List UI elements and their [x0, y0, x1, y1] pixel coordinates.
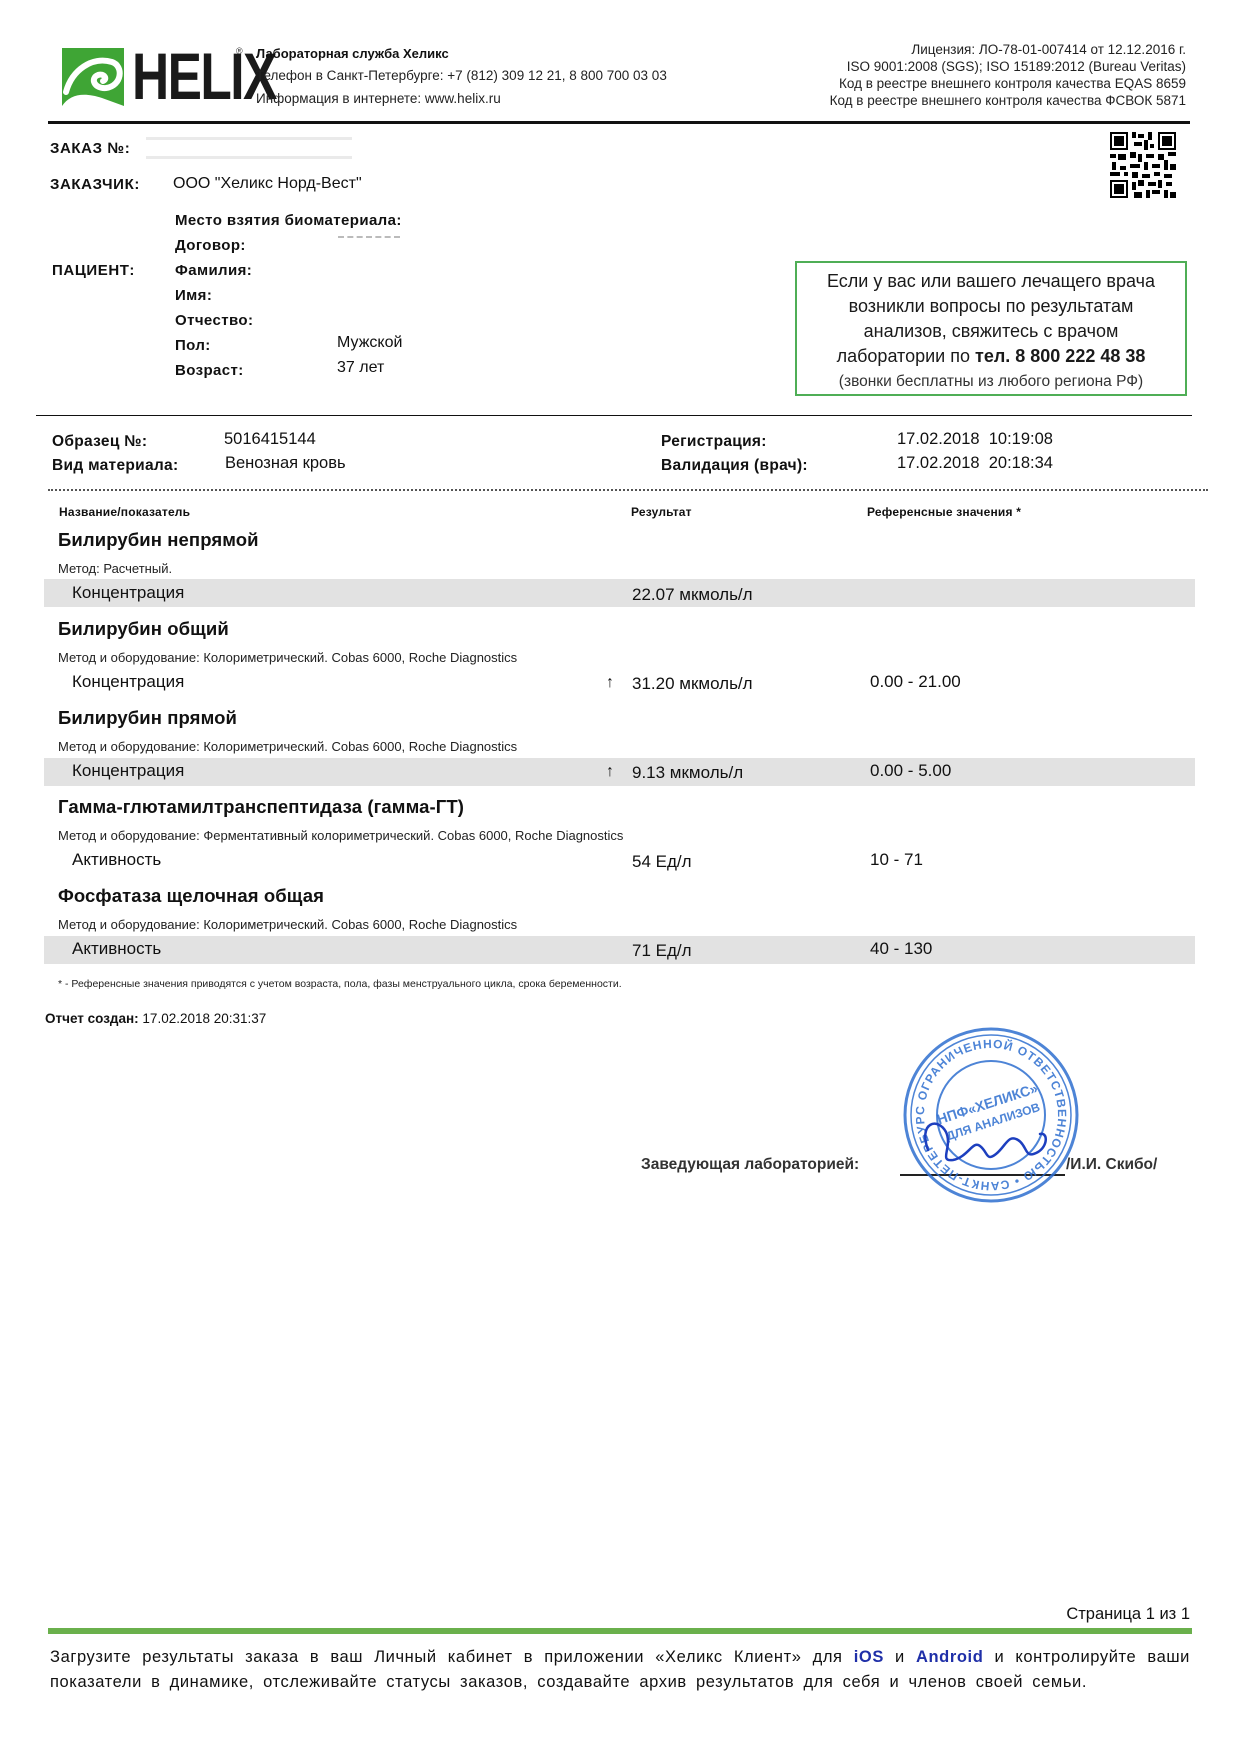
registration-value: 17.02.2018 10:19:08: [897, 430, 1053, 449]
column-header-name: Название/показатель: [59, 505, 190, 519]
test-name: Гамма-глютамилтранспептидаза (гамма-ГТ): [58, 796, 464, 818]
iso-line: ISO 9001:2008 (SGS); ISO 15189:2012 (Bur…: [847, 59, 1186, 74]
test-name: Фосфатаза щелочная общая: [58, 885, 324, 907]
test-method: Метод и оборудование: Колориметрический.…: [58, 650, 517, 665]
callout-line-1: Если у вас или вашего лечащего врача: [797, 269, 1185, 294]
callout-line-3: анализов, свяжитесь с врачом: [797, 319, 1185, 344]
test-name: Билирубин непрямой: [58, 529, 259, 551]
field-label-age: Возраст:: [175, 362, 244, 379]
test-result: 54 Ед/л: [632, 852, 692, 872]
page-number: Страница 1 из 1: [1066, 1605, 1190, 1624]
lab-name: Лабораторная служба Хеликс: [256, 46, 449, 61]
registration-label: Регистрация:: [661, 433, 767, 451]
order-number-redacted-2: [146, 156, 352, 159]
eqas-line: Код в реестре внешнего контроля качества…: [839, 76, 1186, 91]
logo-wordmark: HELIX: [132, 40, 276, 112]
callout-line-2: возникли вопросы по результатам: [797, 294, 1185, 319]
report-created-value: 17.02.2018 20:31:37: [142, 1011, 266, 1026]
high-flag-arrow-icon: ↑: [606, 763, 614, 781]
app-promo-text: Загрузите результаты заказа в ваш Личный…: [50, 1645, 1190, 1695]
field-label-sex: Пол:: [175, 337, 211, 354]
callout-phone[interactable]: тел. 8 800 222 48 38: [975, 346, 1145, 366]
fsvok-line: Код в реестре внешнего контроля качества…: [830, 93, 1186, 108]
registered-mark: ®: [236, 46, 243, 56]
order-number-redacted: [146, 137, 352, 140]
test-result: 22.07 мкмоль/л: [632, 585, 753, 605]
test-reference-range: 0.00 - 21.00: [870, 672, 961, 692]
field-label-surname: Фамилия:: [175, 262, 252, 279]
field-label-collection-site: Место взятия биоматериала:: [175, 212, 402, 229]
contract-value-redacted: [338, 236, 400, 241]
test-parameter: Концентрация: [72, 761, 184, 781]
test-result: 31.20 мкмоль/л: [632, 674, 753, 694]
validation-label: Валидация (врач):: [661, 457, 808, 475]
signature-label: Заведующая лабораторией:: [641, 1156, 859, 1174]
material-value: Венозная кровь: [225, 454, 346, 473]
helix-logo-icon: [62, 48, 124, 106]
test-method: Метод и оборудование: Колориметрический.…: [58, 917, 517, 932]
lab-website[interactable]: Информация в интернете: www.helix.ru: [256, 91, 501, 106]
result-row-shade: [44, 936, 1195, 964]
field-value-sex: Мужской: [337, 334, 402, 352]
field-label-name: Имя:: [175, 287, 212, 304]
ios-link[interactable]: iOS: [854, 1648, 884, 1666]
column-header-reference: Референсные значения *: [867, 505, 1021, 519]
high-flag-arrow-icon: ↑: [606, 674, 614, 692]
footer-green-bar: [48, 1628, 1192, 1634]
android-link[interactable]: Android: [916, 1648, 983, 1666]
material-label: Вид материала:: [52, 457, 178, 475]
order-label: ЗАКАЗ №:: [50, 140, 130, 157]
header-divider: [48, 121, 1190, 124]
doctor-contact-callout: Если у вас или вашего лечащего врача воз…: [795, 261, 1187, 396]
test-method: Метод и оборудование: Колориметрический.…: [58, 739, 517, 754]
test-name: Билирубин прямой: [58, 707, 237, 729]
field-label-patronymic: Отчество:: [175, 312, 253, 329]
test-parameter: Концентрация: [72, 672, 184, 692]
dotted-divider: [48, 489, 1208, 491]
qr-code-icon: [1110, 132, 1176, 198]
test-name: Билирубин общий: [58, 618, 229, 640]
test-parameter: Активность: [72, 850, 161, 870]
test-result: 71 Ед/л: [632, 941, 692, 961]
test-reference-range: 10 - 71: [870, 850, 923, 870]
customer-label: ЗАКАЗЧИК:: [50, 176, 140, 193]
section-divider: [36, 415, 1192, 416]
patient-label: ПАЦИЕНТ:: [52, 262, 135, 279]
column-header-result: Результат: [631, 505, 692, 519]
lab-stamp-icon: С ОГРАНИЧЕННОЙ ОТВЕТСТВЕННОСТЬЮ • САНКТ-…: [898, 1022, 1084, 1208]
test-reference-range: 0.00 - 5.00: [870, 761, 951, 781]
test-method: Метод и оборудование: Ферментативный кол…: [58, 828, 623, 843]
reference-footnote: * - Референсные значения приводятся с уч…: [58, 978, 622, 990]
customer-value: ООО "Хеликс Норд-Вест": [173, 175, 362, 193]
report-created-label: Отчет создан:: [45, 1011, 139, 1026]
license-line: Лицензия: ЛО-78-01-007414 от 12.12.2016 …: [911, 42, 1186, 57]
result-row-shade: [44, 758, 1195, 786]
report-created: Отчет создан: 17.02.2018 20:31:37: [45, 1011, 266, 1026]
test-parameter: Концентрация: [72, 583, 184, 603]
callout-note: (звонки бесплатны из любого региона РФ): [797, 369, 1185, 394]
result-row-shade: [44, 579, 1195, 607]
test-parameter: Активность: [72, 939, 161, 959]
sample-number-value: 5016415144: [224, 430, 316, 449]
test-reference-range: 40 - 130: [870, 939, 932, 959]
field-label-contract: Договор:: [175, 237, 246, 254]
test-result: 9.13 мкмоль/л: [632, 763, 743, 783]
field-value-age: 37 лет: [337, 359, 384, 377]
test-method: Метод: Расчетный.: [58, 561, 172, 576]
validation-value: 17.02.2018 20:18:34: [897, 454, 1053, 473]
lab-phone: Телефон в Санкт-Петербурге: +7 (812) 309…: [256, 68, 667, 83]
sample-number-label: Образец №:: [52, 433, 147, 451]
callout-line-4: лаборатории по тел. 8 800 222 48 38: [797, 344, 1185, 369]
